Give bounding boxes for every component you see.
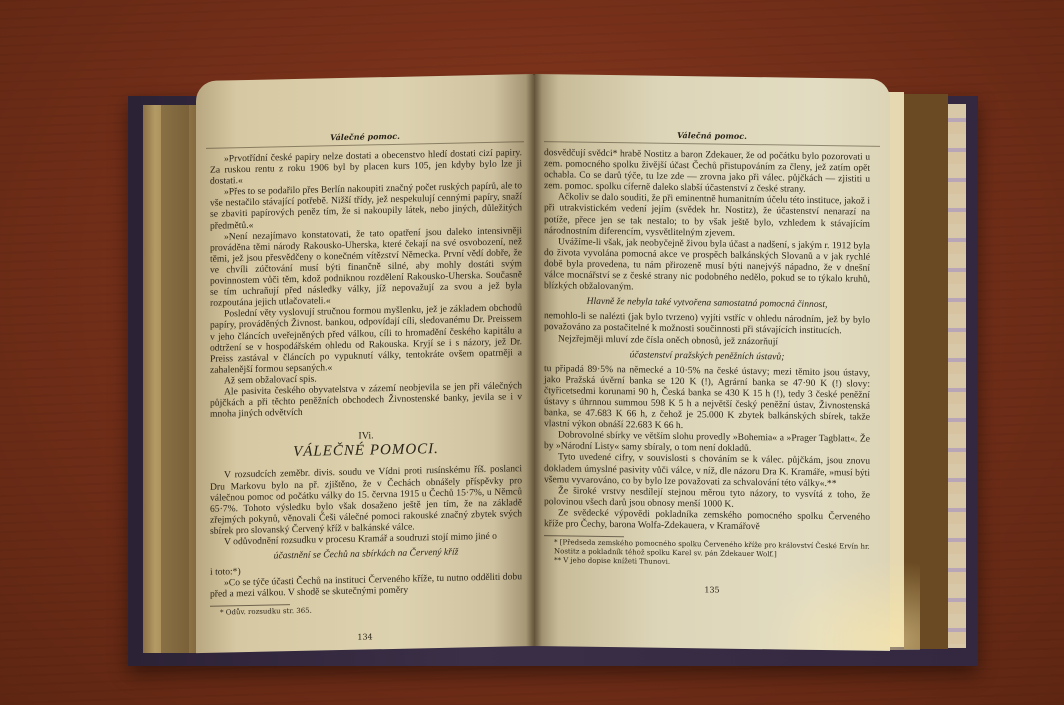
- right-page: Válečná pomoc. dosvědčují svědci* hrabě …: [534, 74, 890, 651]
- right-stack-brown-band: [904, 94, 948, 649]
- paragraph: V rozsudcích zeměbr. divis. soudu ve Víd…: [210, 464, 522, 537]
- quote-paragraph: »Co se týče účasti Čechů na instituci Če…: [210, 572, 522, 601]
- paragraph: »Není nezajímavo konstatovati, že tato o…: [210, 225, 522, 309]
- paragraph: tu připadá 89·5% na německé a 10·5% na č…: [544, 363, 870, 434]
- paragraph: Poslední věty vyslovují stručnou formou …: [210, 303, 522, 376]
- centered-italic-heading: účastnění se Čechů na sbírkách na Červen…: [210, 545, 522, 563]
- footnote-divider: [544, 535, 624, 537]
- right-running-head: Válečná pomoc.: [544, 74, 880, 147]
- page-number-left: 134: [196, 629, 534, 645]
- paragraph: Ačkoliv se dalo souditi, že při eminentn…: [544, 192, 870, 241]
- right-page-stack: [886, 92, 966, 647]
- paragraph: Tyto uvedené cifry, v souvislosti s chov…: [544, 452, 870, 490]
- paragraph: Ze svědecké výpovědi pokladníka zemského…: [544, 507, 870, 534]
- paragraph: Uvážíme-li však, jak neobyčejně živou by…: [544, 236, 870, 296]
- book-gutter: [526, 74, 542, 646]
- left-page-stack: [143, 105, 203, 653]
- left-page: Válečné pomoc. »Prvotřídní české papiry …: [196, 74, 534, 653]
- left-running-head: Válečné pomoc.: [206, 74, 524, 149]
- right-stack-marbled-edge: [948, 104, 966, 648]
- left-page-body: »Prvotřídní české papiry nelze dostati a…: [196, 142, 534, 601]
- chapter-title: VÁLEČNÉ POMOCI.: [210, 443, 522, 461]
- page-number-right: 135: [534, 583, 890, 597]
- italic-line: Hlavně že nebyla také vytvořena samostat…: [544, 295, 870, 311]
- paragraph: Ale pasivita českého obyvatelstva v záze…: [210, 380, 522, 420]
- centered-italic-heading: účastenství pražských peněžních ústavů;: [544, 348, 870, 364]
- left-stack-shadow-band: [161, 105, 189, 653]
- paragraph: »Přes to se podařilo přes Berlín nakoupi…: [210, 181, 522, 232]
- paragraph: dosvědčují svědci* hrabě Nostitz a baron…: [544, 147, 870, 196]
- right-page-body: dosvědčují svědci* hrabě Nostitz a baron…: [534, 142, 890, 534]
